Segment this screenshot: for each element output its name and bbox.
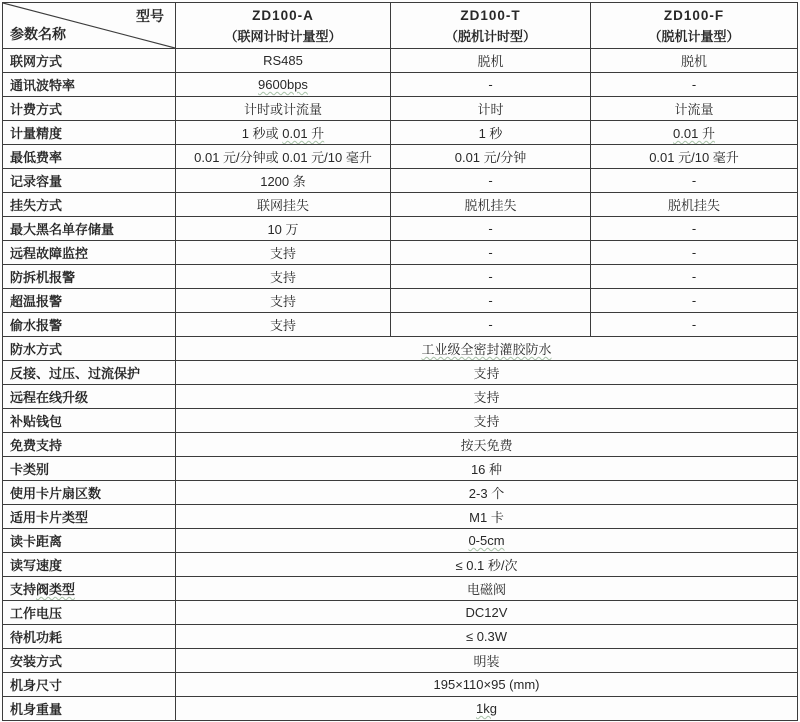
model-subtitle: （脱机计量型） [591,26,797,47]
value-cell: 0-5cm [176,529,798,553]
corner-label-model: 型号 [136,6,164,26]
table-row: 安装方式明装 [3,649,798,673]
value-cell: - [591,73,798,97]
model-subtitle: （联网计时计量型） [176,26,390,47]
table-row: 记录容量1200 条-- [3,169,798,193]
spellcheck-underlined-text: 0-5cm [468,533,504,548]
param-label-cell: 机身重量 [3,697,176,721]
param-label-cell: 防水方式 [3,337,176,361]
param-label-cell: 偷水报警 [3,313,176,337]
value-cell: - [591,313,798,337]
value-cell: 10 万 [176,217,391,241]
value-cell: DC12V [176,601,798,625]
value-cell: 1 秒或 0.01 升 [176,121,391,145]
value-cell: 支持 [176,361,798,385]
table-row: 超温报警支持-- [3,289,798,313]
value-cell: 脱机挂失 [391,193,591,217]
value-cell: 联网挂失 [176,193,391,217]
value-cell: - [591,169,798,193]
value-cell: 脱机挂失 [591,193,798,217]
value-cell: 2-3 个 [176,481,798,505]
param-label-cell: 最低费率 [3,145,176,169]
value-cell: 支持 [176,313,391,337]
value-cell: - [591,289,798,313]
table-row: 待机功耗≤ 0.3W [3,625,798,649]
param-label-cell: 适用卡片类型 [3,505,176,529]
spec-sheet: 型号 参数名称 ZD100-A （联网计时计量型） ZD100-T （脱机计时型… [0,0,800,722]
param-label-cell: 远程在线升级 [3,385,176,409]
param-label-cell: 免费支持 [3,433,176,457]
table-row: 远程在线升级支持 [3,385,798,409]
spellcheck-underlined-text: 9600bps [258,77,308,92]
param-label-cell: 支持阀类型 [3,577,176,601]
table-row: 使用卡片扇区数2-3 个 [3,481,798,505]
spellcheck-underlined-text: 阀类型 [36,582,75,597]
param-label-cell: 机身尺寸 [3,673,176,697]
value-cell: ≤ 0.3W [176,625,798,649]
model-name: ZD100-F [591,5,797,26]
spellcheck-underlined-text: 工业级全密封灌胶防水 [421,342,551,357]
table-row: 偷水报警支持-- [3,313,798,337]
param-label-cell: 计费方式 [3,97,176,121]
value-cell: - [391,217,591,241]
value-cell: 0.01 元/分钟或 0.01 元/10 毫升 [176,145,391,169]
param-label-cell: 安装方式 [3,649,176,673]
value-cell: - [591,217,798,241]
spellcheck-underlined-text: 0.01 升 [673,126,715,141]
table-row: 支持阀类型电磁阀 [3,577,798,601]
param-label-cell: 读写速度 [3,553,176,577]
value-cell: - [591,265,798,289]
param-label-cell: 超温报警 [3,289,176,313]
param-label-cell: 卡类别 [3,457,176,481]
value-cell: M1 卡 [176,505,798,529]
value-cell: RS485 [176,49,391,73]
param-label-cell: 补贴钱包 [3,409,176,433]
header-corner-cell: 型号 参数名称 [3,3,176,49]
value-cell: 支持 [176,265,391,289]
value-cell: 支持 [176,241,391,265]
value-cell: 支持 [176,409,798,433]
table-row: 机身尺寸195×110×95 (mm) [3,673,798,697]
param-label-cell: 最大黑名单存储量 [3,217,176,241]
param-label-cell: 通讯波特率 [3,73,176,97]
param-label-cell: 读卡距离 [3,529,176,553]
table-row: 挂失方式联网挂失脱机挂失脱机挂失 [3,193,798,217]
value-cell: - [391,289,591,313]
model-name: ZD100-A [176,5,390,26]
table-row: 最大黑名单存储量10 万-- [3,217,798,241]
param-label-cell: 待机功耗 [3,625,176,649]
value-cell: 9600bps [176,73,391,97]
value-cell: 1kg [176,697,798,721]
table-row: 工作电压DC12V [3,601,798,625]
table-row: 机身重量1kg [3,697,798,721]
table-row: 计量精度1 秒或 0.01 升1 秒0.01 升 [3,121,798,145]
table-row: 适用卡片类型M1 卡 [3,505,798,529]
param-label-cell: 挂失方式 [3,193,176,217]
table-row: 免费支持按天免费 [3,433,798,457]
value-cell: 0.01 升 [591,121,798,145]
model-subtitle: （脱机计时型） [391,26,590,47]
param-label-cell: 反接、过压、过流保护 [3,361,176,385]
value-cell: 计时或计流量 [176,97,391,121]
spellcheck-underlined-text: 1kg [476,701,497,716]
value-cell: ≤ 0.1 秒/次 [176,553,798,577]
value-cell: 支持 [176,289,391,313]
column-header-zd100f: ZD100-F （脱机计量型） [591,3,798,49]
value-cell: 195×110×95 (mm) [176,673,798,697]
value-cell: 1 秒 [391,121,591,145]
param-label-cell: 计量精度 [3,121,176,145]
table-row: 防水方式工业级全密封灌胶防水 [3,337,798,361]
spec-table: 型号 参数名称 ZD100-A （联网计时计量型） ZD100-T （脱机计时型… [2,2,798,721]
table-row: 卡类别16 种 [3,457,798,481]
param-label-cell: 防拆机报警 [3,265,176,289]
table-row: 联网方式RS485脱机脱机 [3,49,798,73]
value-cell: 16 种 [176,457,798,481]
value-cell: 脱机 [391,49,591,73]
value-cell: 计流量 [591,97,798,121]
column-header-zd100a: ZD100-A （联网计时计量型） [176,3,391,49]
table-row: 读卡距离0-5cm [3,529,798,553]
value-cell: 计时 [391,97,591,121]
value-cell: - [591,241,798,265]
value-cell: - [391,313,591,337]
value-cell: 脱机 [591,49,798,73]
value-cell: - [391,73,591,97]
value-cell: 1200 条 [176,169,391,193]
table-row: 防拆机报警支持-- [3,265,798,289]
spec-table-body: 联网方式RS485脱机脱机通讯波特率9600bps--计费方式计时或计流量计时计… [3,49,798,721]
param-label-cell: 记录容量 [3,169,176,193]
value-cell: 支持 [176,385,798,409]
table-row: 补贴钱包支持 [3,409,798,433]
model-name: ZD100-T [391,5,590,26]
table-row: 反接、过压、过流保护支持 [3,361,798,385]
value-cell: 0.01 元/分钟 [391,145,591,169]
param-label-cell: 远程故障监控 [3,241,176,265]
header-row: 型号 参数名称 ZD100-A （联网计时计量型） ZD100-T （脱机计时型… [3,3,798,49]
value-cell: - [391,265,591,289]
value-cell: 明装 [176,649,798,673]
table-row: 远程故障监控支持-- [3,241,798,265]
value-cell: - [391,169,591,193]
column-header-zd100t: ZD100-T （脱机计时型） [391,3,591,49]
value-cell: 电磁阀 [176,577,798,601]
value-cell: 按天免费 [176,433,798,457]
table-row: 最低费率0.01 元/分钟或 0.01 元/10 毫升0.01 元/分钟0.01… [3,145,798,169]
param-label-cell: 联网方式 [3,49,176,73]
value-cell: 0.01 元/10 毫升 [591,145,798,169]
corner-label-param: 参数名称 [10,24,66,44]
value-cell: 工业级全密封灌胶防水 [176,337,798,361]
spellcheck-underlined-text: 0.01 升 [282,126,324,141]
table-row: 读写速度≤ 0.1 秒/次 [3,553,798,577]
table-row: 通讯波特率9600bps-- [3,73,798,97]
param-label-cell: 使用卡片扇区数 [3,481,176,505]
value-cell: - [391,241,591,265]
table-row: 计费方式计时或计流量计时计流量 [3,97,798,121]
param-label-cell: 工作电压 [3,601,176,625]
